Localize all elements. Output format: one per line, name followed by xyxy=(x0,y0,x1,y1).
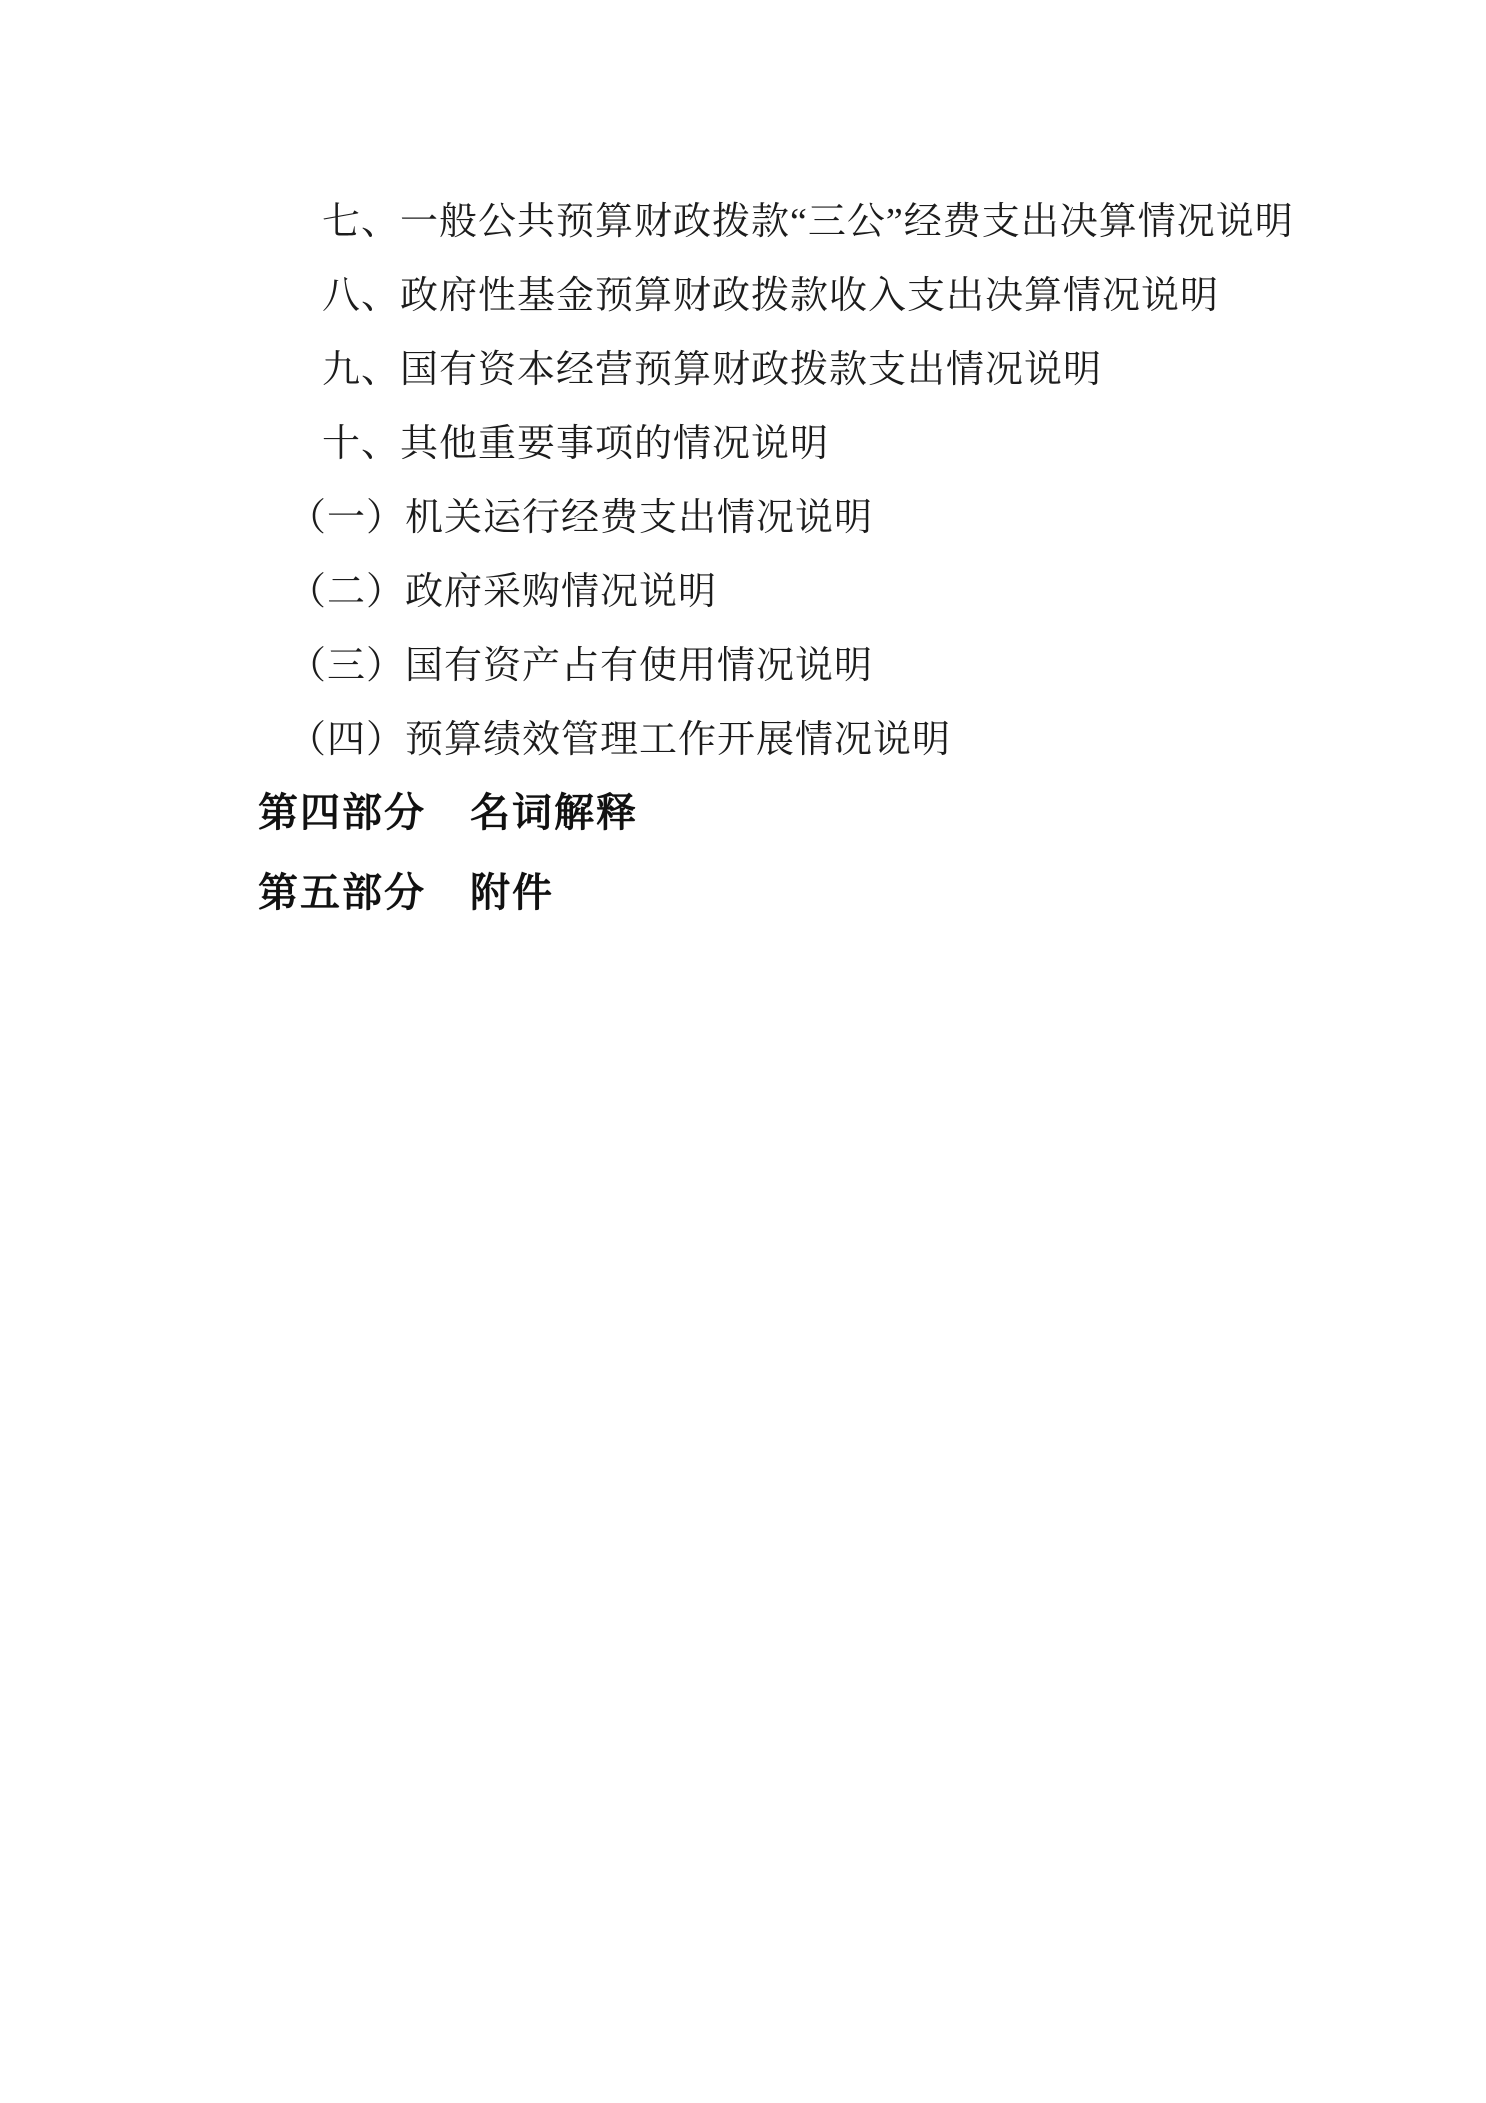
section-label: 第五部分 xyxy=(258,861,426,918)
toc-item: 八、政府性基金预算财政拨款收入支出决算情况说明 xyxy=(0,259,1486,333)
toc-item: （一）机关运行经费支出情况说明 xyxy=(0,481,1486,555)
section-heading: 第四部分 名词解释 xyxy=(0,769,1486,849)
toc-item: 九、国有资本经营预算财政拨款支出情况说明 xyxy=(0,333,1486,407)
section-heading: 第五部分 附件 xyxy=(0,849,1486,929)
section-label: 第四部分 xyxy=(258,781,426,838)
toc-item: （二）政府采购情况说明 xyxy=(0,555,1486,629)
section-title: 附件 xyxy=(470,861,554,918)
toc-item: 十、其他重要事项的情况说明 xyxy=(0,407,1486,481)
document-page: 七、一般公共预算财政拨款“三公”经费支出决算情况说明 八、政府性基金预算财政拨款… xyxy=(0,0,1486,2103)
section-title: 名词解释 xyxy=(470,781,638,838)
toc-item: （四）预算绩效管理工作开展情况说明 xyxy=(0,703,1486,777)
toc-item: （三）国有资产占有使用情况说明 xyxy=(0,629,1486,703)
table-of-contents: 七、一般公共预算财政拨款“三公”经费支出决算情况说明 八、政府性基金预算财政拨款… xyxy=(0,0,1486,929)
toc-item: 七、一般公共预算财政拨款“三公”经费支出决算情况说明 xyxy=(0,185,1486,259)
